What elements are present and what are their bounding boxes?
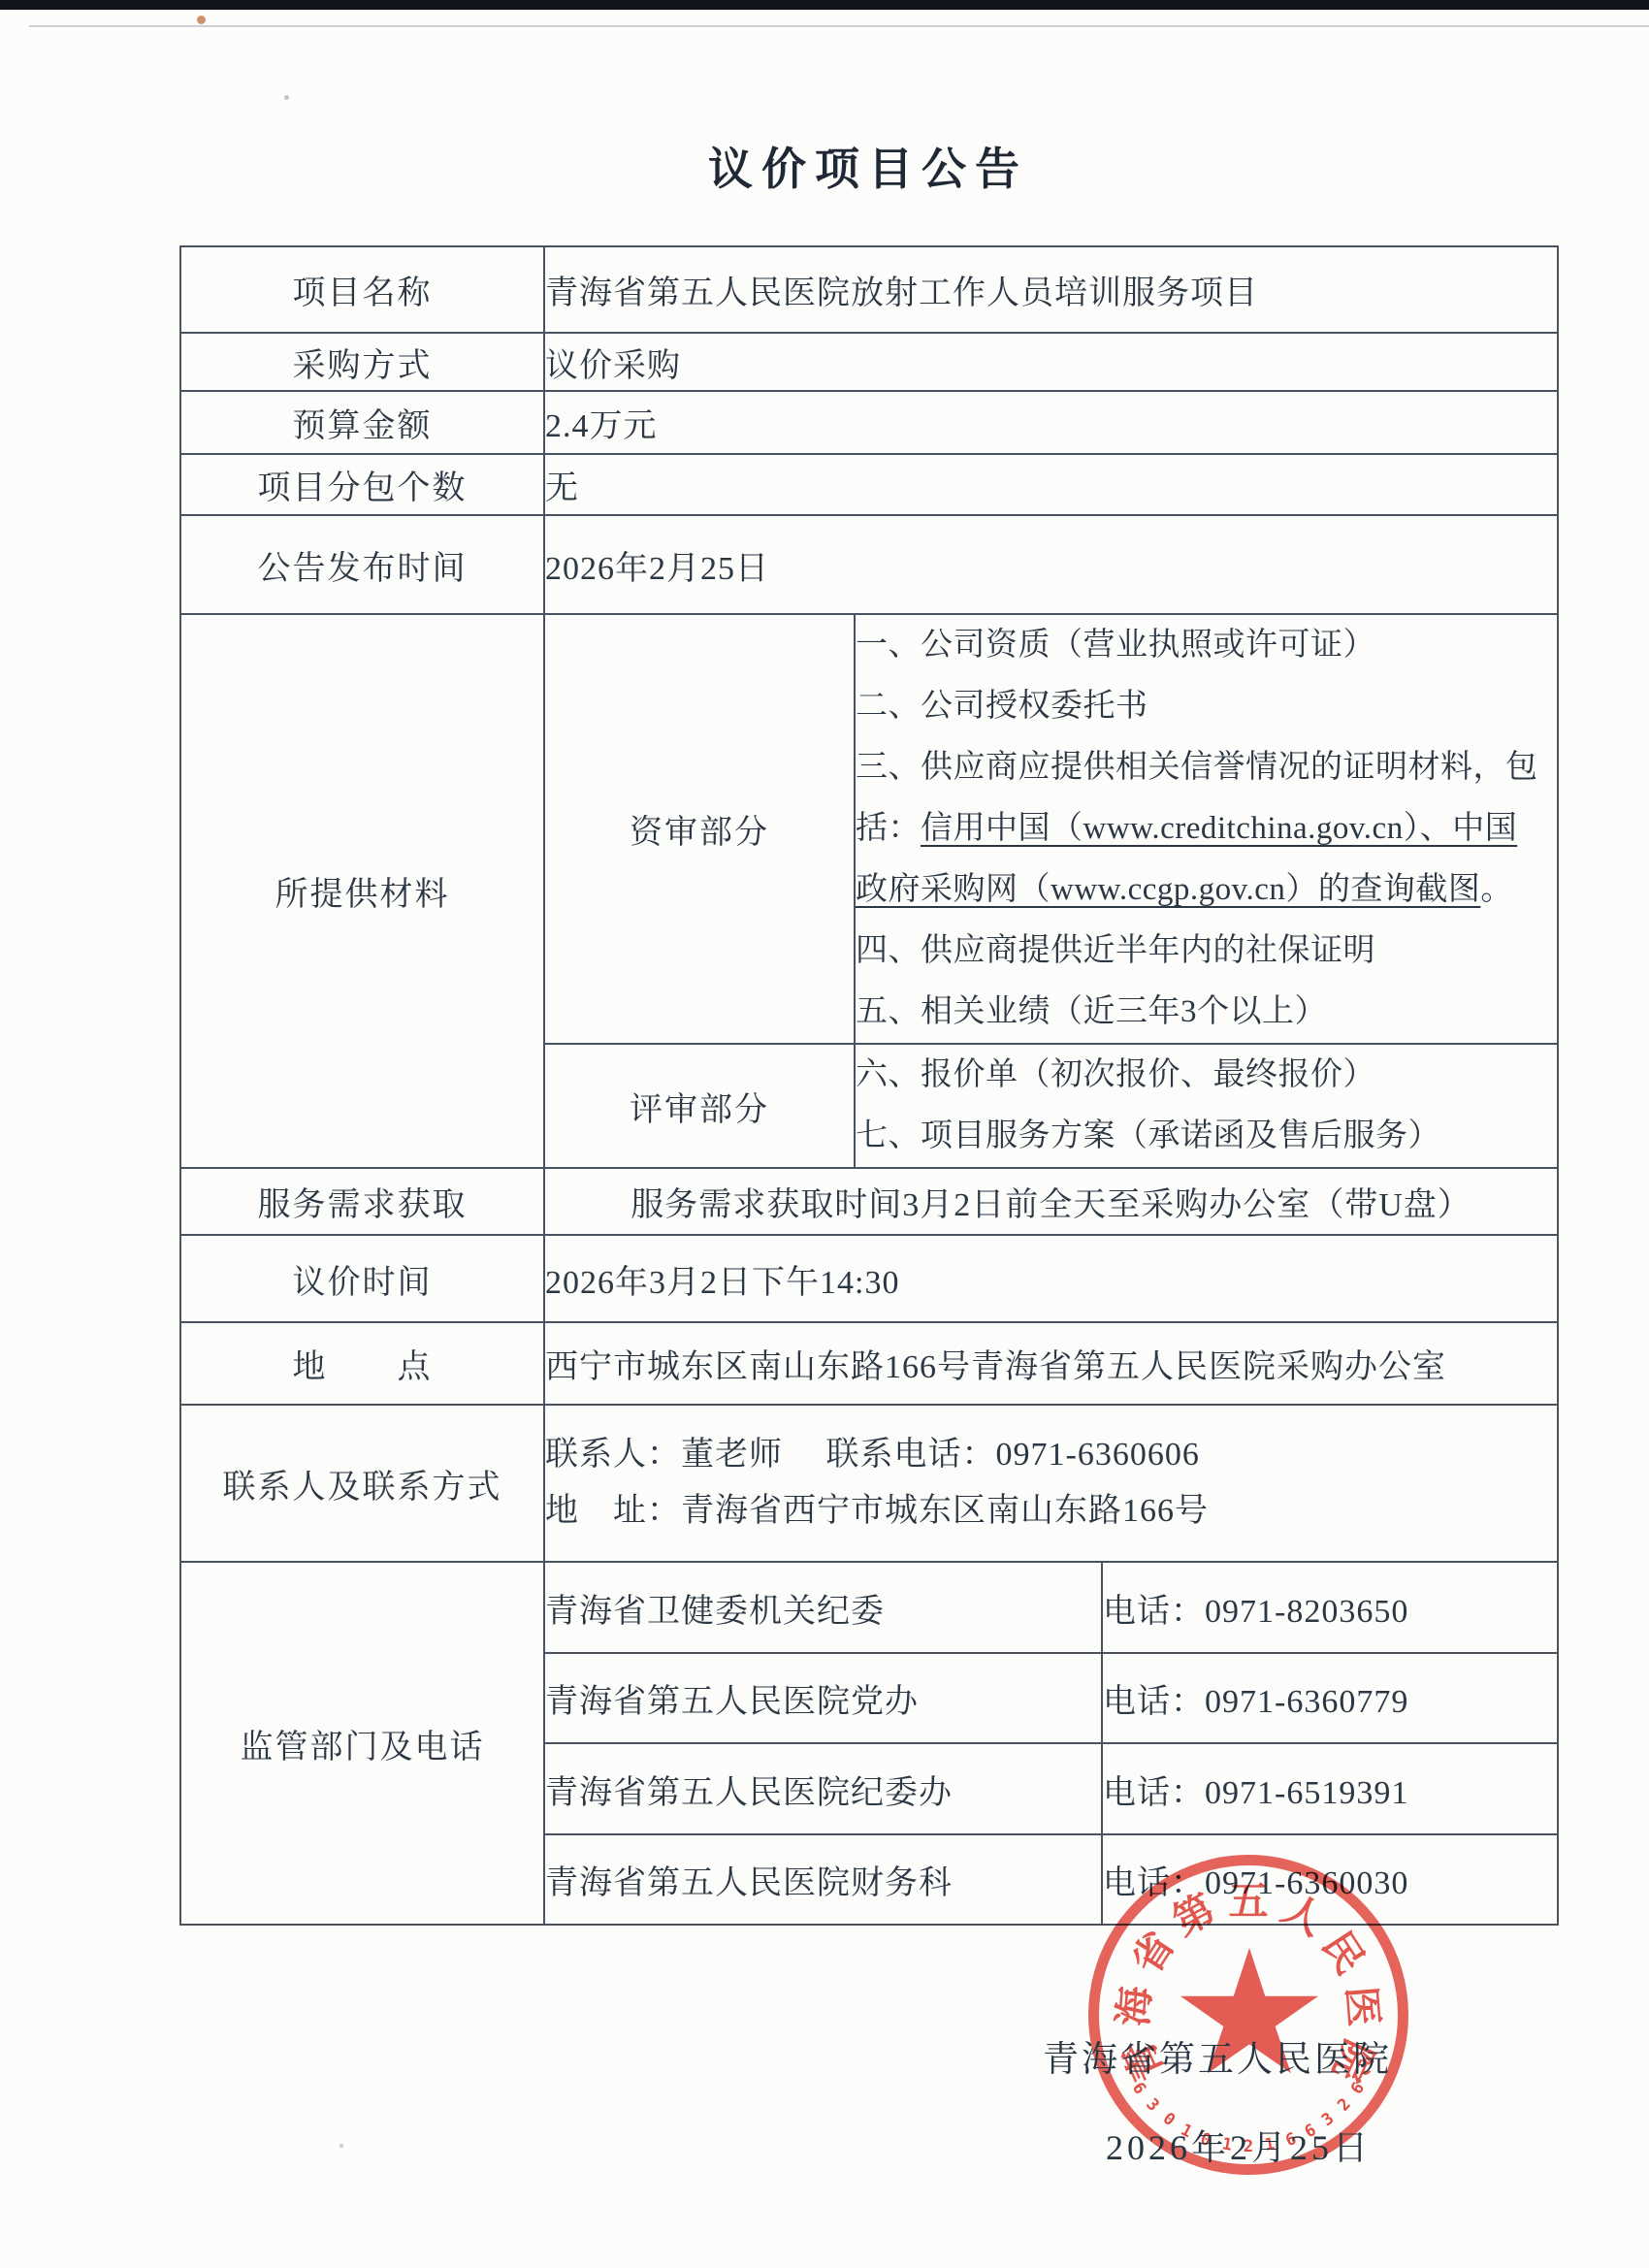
supervision-department: 青海省卫健委机关纪委: [544, 1562, 1102, 1653]
requirement-line: 一、公司资质（营业执照或许可证）: [856, 615, 1557, 676]
row-label-subpackages: 项目分包个数: [180, 454, 544, 515]
text-segment: 五、相关业绩（近三年3个以上）: [856, 994, 1327, 1029]
row-label-project-name: 项目名称: [180, 246, 544, 333]
section-label-evaluation-review: 评审部分: [544, 1044, 855, 1168]
row-label-service-requirement: 服务需求获取: [180, 1168, 544, 1235]
row-value-procurement-method: 议价采购: [544, 333, 1558, 391]
requirement-line: 四、供应商提供近半年内的社保证明: [856, 921, 1557, 982]
supervision-phone: 电话：0971-6519391: [1102, 1743, 1558, 1834]
page-title: 议价项目公告: [179, 134, 1557, 198]
text-segment: 二、公司授权委托书: [856, 689, 1148, 724]
table-row: 公告发布时间 2026年2月25日: [180, 515, 1558, 614]
text-segment: 四、供应商提供近半年内的社保证明: [856, 933, 1375, 968]
row-value-budget: 2.4万元: [544, 391, 1558, 454]
row-label-publish-date: 公告发布时间: [180, 515, 544, 614]
table-row: 项目名称 青海省第五人民医院放射工作人员培训服务项目: [180, 246, 1558, 333]
contact-person-line: 联系人：董老师 联系电话：0971-6360606: [545, 1427, 1557, 1483]
row-value-project-name: 青海省第五人民医院放射工作人员培训服务项目: [544, 246, 1558, 333]
row-value-negotiation-time: 2026年3月2日下午14:30: [544, 1235, 1558, 1322]
scan-speck: [284, 95, 289, 100]
requirement-line: 五、相关业绩（近三年3个以上）: [856, 982, 1557, 1043]
row-label-procurement-method: 采购方式: [180, 333, 544, 391]
underlined-text: 信用中国（www.creditchina.gov.cn）、中国: [921, 811, 1517, 846]
table-row: 项目分包个数 无: [180, 454, 1558, 515]
row-label-materials: 所提供材料: [180, 614, 544, 1168]
scan-artifact-top-bar: [0, 0, 1649, 10]
issue-date: 2026年2月25日: [1106, 2121, 1455, 2170]
supervision-department: 青海省第五人民医院纪委办: [544, 1743, 1102, 1834]
text-segment: 七、项目服务方案（承诺函及售后服务）: [856, 1118, 1440, 1153]
row-value-service-requirement: 服务需求获取时间3月2日前全天至采购办公室（带U盘）: [544, 1168, 1558, 1235]
table-row: 预算金额 2.4万元: [180, 391, 1558, 454]
qualification-review-list: 一、公司资质（营业执照或许可证）二、公司授权委托书三、供应商应提供相关信誉情况的…: [855, 614, 1558, 1044]
requirement-line: 括：信用中国（www.creditchina.gov.cn）、中国: [856, 798, 1557, 859]
seal-arc-char: 医: [1336, 1984, 1396, 2028]
requirement-line: 六、报价单（初次报价、最终报价）: [856, 1045, 1557, 1106]
section-label-qualification-review: 资审部分: [544, 614, 855, 1044]
row-value-contact: 联系人：董老师 联系电话：0971-6360606 地 址：青海省西宁市城东区南…: [544, 1405, 1558, 1562]
scan-speck: [197, 16, 206, 24]
requirement-line: 二、公司授权委托书: [856, 676, 1557, 737]
text-segment: 六、报价单（初次报价、最终报价）: [856, 1057, 1375, 1092]
supervision-department: 青海省第五人民医院财务科: [544, 1834, 1102, 1925]
requirement-line: 七、项目服务方案（承诺函及售后服务）: [856, 1106, 1557, 1167]
seal-arc-char: 海: [1101, 1984, 1161, 2028]
table-row: 地 点 西宁市城东区南山东路166号青海省第五人民医院采购办公室: [180, 1322, 1558, 1405]
table-row: 服务需求获取 服务需求获取时间3月2日前全天至采购办公室（带U盘）: [180, 1168, 1558, 1235]
row-value-publish-date: 2026年2月25日: [544, 515, 1558, 614]
seal-arc-char: 五: [1229, 1869, 1269, 1927]
row-value-location: 西宁市城东区南山东路166号青海省第五人民医院采购办公室: [544, 1322, 1558, 1405]
evaluation-review-list: 六、报价单（初次报价、最终报价）七、项目服务方案（承诺函及售后服务）: [855, 1044, 1558, 1168]
row-label-contact: 联系人及联系方式: [180, 1405, 544, 1562]
table-row: 议价时间 2026年3月2日下午14:30: [180, 1235, 1558, 1322]
table-row-supervision: 监管部门及电话 青海省卫健委机关纪委 电话：0971-8203650: [180, 1562, 1558, 1653]
scanned-announcement-page: 议价项目公告 项目名称 青海省第五人民医院放射工作人员培训服务项目 采购方式 议…: [0, 0, 1649, 2268]
text-segment: 括：: [856, 811, 921, 846]
row-label-negotiation-time: 议价时间: [180, 1235, 544, 1322]
table-row-materials-qualification: 所提供材料 资审部分 一、公司资质（营业执照或许可证）二、公司授权委托书三、供应…: [180, 614, 1558, 1044]
supervision-department: 青海省第五人民医院党办: [544, 1653, 1102, 1743]
row-label-budget: 预算金额: [180, 391, 544, 454]
supervision-phone: 电话：0971-6360779: [1102, 1653, 1558, 1743]
text-segment: 一、公司资质（营业执照或许可证）: [856, 628, 1375, 663]
row-value-subpackages: 无: [544, 454, 1558, 515]
row-label-supervision: 监管部门及电话: [180, 1562, 544, 1925]
underlined-text: 政府采购网（www.ccgp.gov.cn）的查询截图: [856, 872, 1480, 907]
scan-artifact-faint-line: [29, 25, 1649, 27]
requirement-line: 政府采购网（www.ccgp.gov.cn）的查询截图。: [856, 859, 1557, 921]
text-segment: 三、供应商应提供相关信誉情况的证明材料，包: [856, 750, 1538, 785]
table-row-contact: 联系人及联系方式 联系人：董老师 联系电话：0971-6360606 地 址：青…: [180, 1405, 1558, 1562]
scan-speck: [339, 2144, 343, 2148]
row-label-location: 地 点: [180, 1322, 544, 1405]
announcement-table: 项目名称 青海省第五人民医院放射工作人员培训服务项目 采购方式 议价采购 预算金…: [179, 245, 1559, 1926]
supervision-phone: 电话：0971-8203650: [1102, 1562, 1558, 1653]
issuer-signature: 青海省第五人民医院: [1043, 2029, 1431, 2082]
requirement-line: 三、供应商应提供相关信誉情况的证明材料，包: [856, 737, 1557, 798]
table-row: 采购方式 议价采购: [180, 333, 1558, 391]
text-segment: 。: [1480, 872, 1513, 907]
contact-address-line: 地 址：青海省西宁市城东区南山东路166号: [545, 1483, 1557, 1539]
